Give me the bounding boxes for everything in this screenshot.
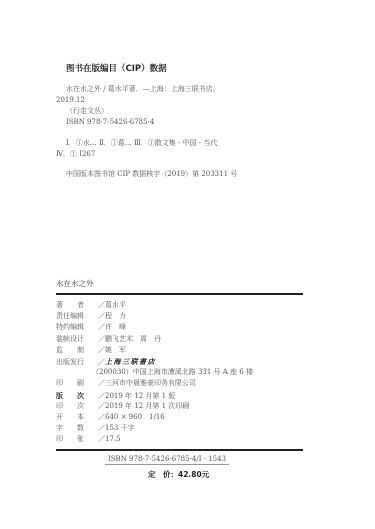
cip-line-bibliographic: 水在水之外 / 葛水平著．—上海：上海三联书店， [66, 84, 220, 94]
credit-label: 装帧设计 [56, 334, 98, 345]
credit-label: 印 刷 [56, 378, 98, 389]
cip-line-date: 2019.12 [56, 95, 85, 105]
credit-value: 许 峰 [105, 323, 126, 331]
credit-value: 姚 军 [105, 346, 126, 354]
isbn-full: ISBN 978-7-5426-6785-4/I · 1543 [105, 455, 229, 465]
credit-row-publisher: 出版发行／上海三联書店 [56, 356, 253, 367]
cip-line-record-number: 中国版本图书馆 CIP 数据核字（2019）第 203311 号 [66, 169, 237, 179]
credit-value: 鹏飞艺术 周 丹 [105, 335, 161, 343]
credit-row-editor: 责任编辑／程 力 [56, 311, 253, 322]
credit-label: 著 者 [56, 300, 98, 311]
credit-label: 印 张 [56, 434, 98, 445]
credit-row-printing: 印 次／2019 年 12 月第 1 次印刷 [56, 401, 253, 412]
credit-row-word-count: 字 数／153 千字 [56, 423, 253, 434]
credit-label: 印 次 [56, 401, 98, 412]
credit-label: 版 次 [56, 390, 98, 401]
credit-label: 开 本 [56, 412, 98, 423]
credit-row-format: 开 本／640 × 960 1/16 [56, 412, 253, 423]
cip-line-subjects: Ⅰ．①水… Ⅱ．①葛… Ⅲ．①散文集 - 中国 - 当代 [66, 138, 217, 148]
credit-row-edition: 版 次／2019 年 12 月第 1 版 [56, 390, 253, 401]
credit-value: 17.5 [105, 435, 121, 443]
publisher-address: （200030）中国上海市漕溪北路 331 号 A 座 6 楼 [92, 368, 253, 376]
credit-row-printer: 印 刷／三河市中晟雅豪印务有限公司 [56, 378, 253, 389]
cip-line-classification: Ⅳ．① I267 [56, 149, 95, 159]
credit-row-address: （200030）中国上海市漕溪北路 331 号 A 座 6 楼 [56, 367, 253, 378]
credit-label: 责任编辑 [56, 311, 98, 322]
cip-title: 图书在版编目（CIP）数据 [66, 62, 167, 74]
credit-value: 153 千字 [105, 424, 135, 432]
credit-value: 程 力 [105, 312, 126, 320]
credit-label: 字 数 [56, 423, 98, 434]
credit-value: 640 × 960 1/16 [105, 413, 165, 421]
credits-list: 著 者／葛水平 责任编辑／程 力 特约编辑／许 峰 装帧设计／鹏飞艺术 周 丹 … [56, 300, 253, 445]
credit-value: 三河市中晟雅豪印务有限公司 [105, 379, 196, 387]
top-rule [56, 293, 303, 295]
credit-label: 特约编辑 [56, 322, 98, 333]
credit-label: 监 制 [56, 345, 98, 356]
credit-value: 葛水平 [105, 301, 126, 309]
credit-row-supervision: 监 制／姚 军 [56, 345, 253, 356]
book-title: 水在水之外 [56, 278, 94, 289]
credit-row-sheets: 印 张／17.5 [56, 434, 253, 445]
publisher-logo: 上海三联書店 [105, 357, 156, 366]
bottom-rule [56, 449, 303, 451]
credit-value: 2019 年 12 月第 1 版 [105, 392, 175, 400]
credit-row-design: 装帧设计／鹏飞艺术 周 丹 [56, 334, 253, 345]
credit-row-special-editor: 特约编辑／许 峰 [56, 322, 253, 333]
credit-row-author: 著 者／葛水平 [56, 300, 253, 311]
cip-line-isbn: ISBN 978-7-5426-6785-4 [66, 117, 154, 127]
credit-value: 2019 年 12 月第 1 次印刷 [105, 402, 189, 410]
cip-line-series: （行走文丛） [66, 106, 108, 116]
price: 定 价：42.80元 [148, 469, 209, 480]
